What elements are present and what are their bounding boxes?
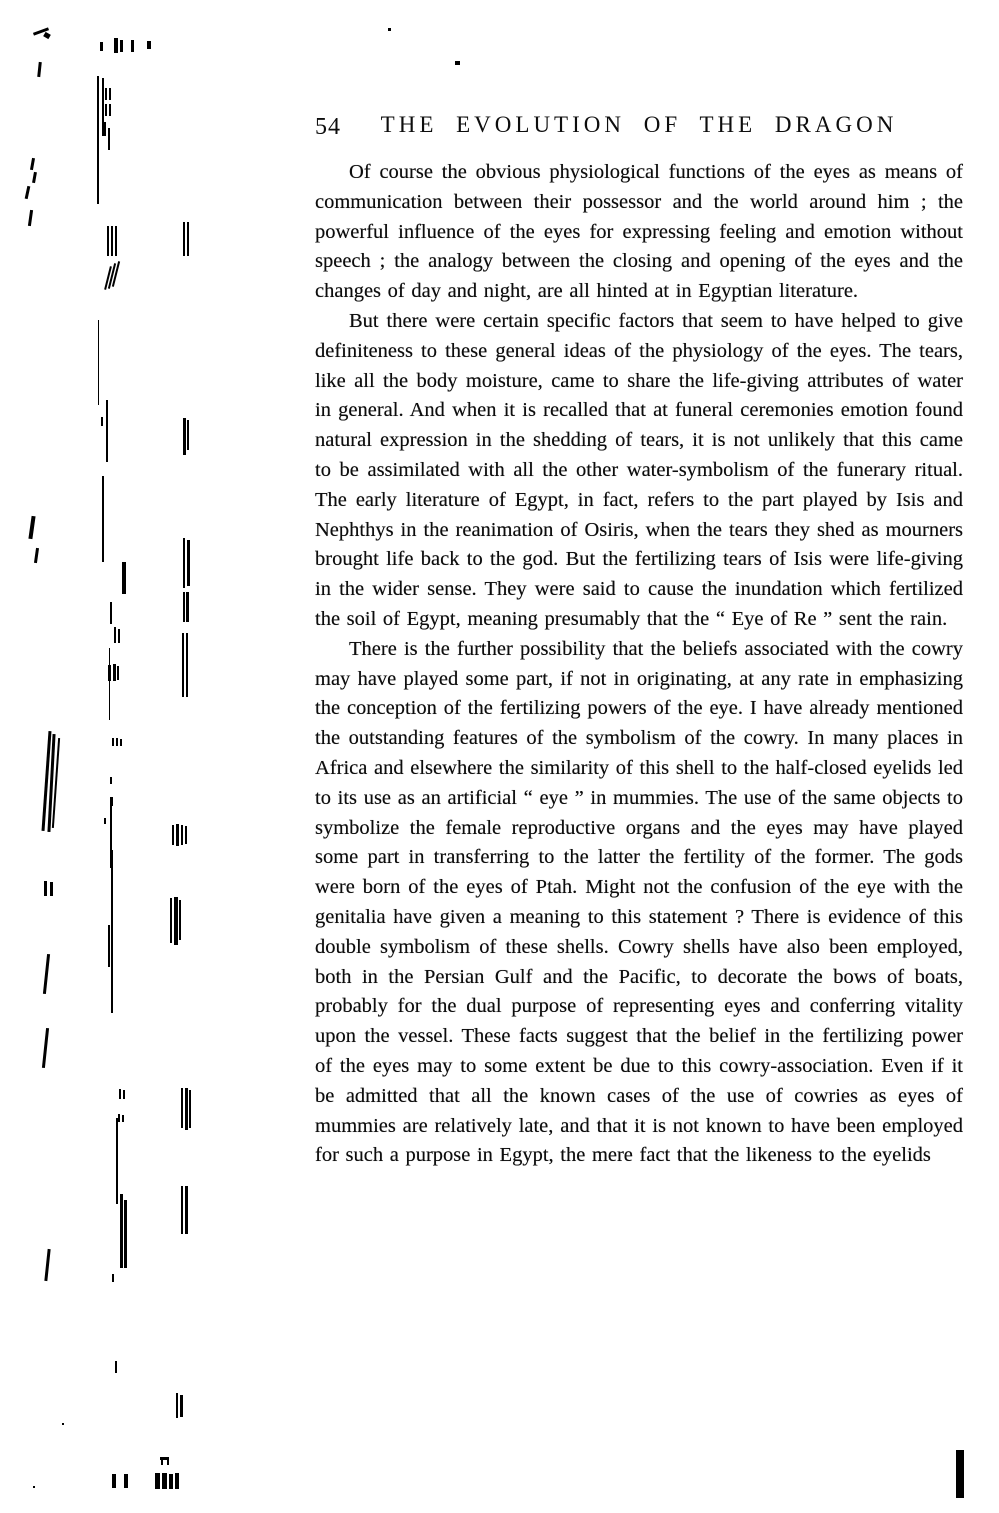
scan-artifact-mark [50,882,53,896]
scan-artifact-mark [176,1393,178,1418]
page-content: 54 THE EVOLUTION OF THE DRAGON Of course… [315,112,963,1171]
scan-artifact-mark [105,88,107,100]
page-header: 54 THE EVOLUTION OF THE DRAGON [315,112,963,144]
scan-artifact-mark [112,1474,116,1488]
scan-artifact-mark [42,1028,49,1068]
scan-artifact-mark [183,222,185,256]
scan-artifact-mark [118,629,120,643]
scan-artifact-mark [189,1090,191,1128]
scan-artifact-mark [115,226,117,256]
scan-artifact-mark [34,548,39,563]
page-body: Of course the obvious physiological func… [315,158,963,1171]
scan-artifact-mark [122,1115,124,1122]
running-title: THE EVOLUTION OF THE DRAGON [315,112,963,138]
scan-artifact-mark [108,665,111,681]
scan-artifact-mark [183,592,185,622]
scan-artifact-mark [185,826,187,844]
scan-artifact-mark [112,738,114,746]
scan-artifact-mark [176,824,179,846]
scan-artifact-mark [161,1460,163,1465]
scan-artifact-mark [167,1460,169,1465]
scan-artifact-mark [120,1194,123,1268]
scan-artifact-mark [43,954,50,994]
scan-artifact-mark [124,1200,127,1268]
scan-artifact-mark [100,42,103,51]
scan-artifact-mark [181,1088,183,1128]
scan-artifact-mark [111,226,113,256]
scan-artifact-mark [33,1486,35,1488]
scan-artifact-mark [122,562,126,594]
scan-artifact-mark [44,1249,50,1281]
scan-artifact-mark [174,897,178,945]
scan-artifact-mark [105,104,107,116]
paragraph-2: But there were certain specific factors … [315,307,963,635]
scan-artifact-mark [43,32,51,39]
scan-artifact-mark [101,417,103,426]
scan-artifact-mark [186,633,188,697]
scan-artifact-mark [181,1186,183,1234]
scan-artifact-mark [187,420,189,450]
scan-artifact-mark [97,76,99,204]
scan-artifact-mark [170,898,172,943]
scan-artifact-mark [119,1089,121,1099]
scan-artifact-mark [162,1473,167,1489]
scan-artifact-mark [120,739,122,746]
scan-artifact-mark [114,38,118,53]
scan-artifact-mark [111,850,113,1013]
scan-artifact-mark [115,1361,117,1373]
scan-artifact-mark [182,633,184,697]
scan-artifact-mark [172,825,174,845]
book-page-scan: 54 THE EVOLUTION OF THE DRAGON Of course… [0,0,999,1513]
scan-artifact-mark [181,825,183,845]
scan-artifact-mark [169,1474,173,1489]
scan-artifact-mark [104,122,106,136]
scan-artifact-mark [183,538,185,588]
scan-artifact-mark [179,900,181,940]
scan-artifact-mark [62,1423,64,1425]
scan-artifact-mark [110,602,112,624]
scan-artifact-mark [455,61,460,65]
scan-artifact-mark [186,592,189,622]
scan-artifact-mark [109,104,111,116]
scan-artifact-mark [107,226,109,256]
scan-artifact-mark [185,1186,188,1234]
scan-artifact-mark [123,1090,125,1099]
scan-artifact-mark [104,818,106,824]
scan-artifact-mark [44,881,47,896]
scan-artifact-mark [180,1395,183,1417]
scan-artifact-mark [124,1474,128,1488]
scan-artifact-mark [98,320,99,405]
scan-artifact-mark [116,1118,118,1204]
scan-artifact-mark [113,664,116,681]
scan-artifact-mark [185,1088,188,1130]
scan-artifact-mark [112,1274,114,1282]
scan-artifact-mark [120,40,123,52]
scan-artifact-mark [131,40,134,52]
scan-artifact-mark [32,172,37,183]
scan-artifact-mark [108,925,110,967]
page-number: 54 [315,114,341,141]
scan-artifact-mark [183,418,186,455]
scan-artifact-mark [187,222,189,256]
scan-artifact-mark [37,62,42,77]
scan-artifact-mark [187,540,190,586]
scan-artifact-mark [110,777,112,784]
scan-artifact-mark [28,516,35,539]
scan-artifact-mark [147,41,151,49]
scan-artifact-mark [117,666,119,680]
scan-artifact-mark [102,476,104,562]
scan-artifact-mark [155,1473,160,1489]
scan-artifact-mark [109,648,110,720]
scan-artifact-mark [175,1473,179,1489]
scan-artifact-mark [109,88,111,100]
scan-artifact-mark [106,400,108,462]
scan-artifact-mark [108,128,110,150]
scan-artifact-mark [25,186,31,199]
scan-artifact-mark [118,1114,120,1122]
scan-artifact-mark [116,738,118,746]
scan-artifact-mark [388,28,391,31]
paragraph-1: Of course the obvious physiological func… [315,158,963,307]
scan-artifact-mark [114,627,116,643]
scan-artifact-mark [30,158,35,170]
paragraph-3: There is the further possibility that th… [315,635,963,1171]
scan-artifact-mark [956,1450,964,1498]
scan-artifact-mark [28,210,33,226]
